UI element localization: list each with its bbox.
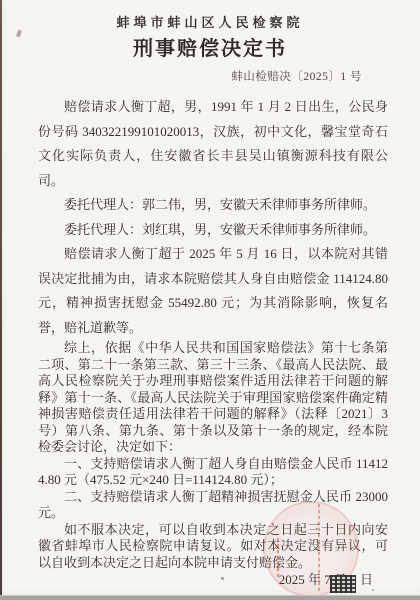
- scanned-legal-document: 蚌埠市蚌山区人民检察院 刑事赔偿决定书 蚌山检赔决〔2025〕1 号 赔偿请求人…: [0, 0, 420, 600]
- document-header: 蚌埠市蚌山区人民检察院 刑事赔偿决定书 蚌山检赔决〔2025〕1 号: [0, 0, 420, 84]
- issuing-authority: 蚌埠市蚌山区人民检察院: [0, 14, 420, 32]
- claim-paragraph: 赔偿请求人衡丁超于 2025 年 5 月 16 日，以本院对其错误决定批捕为由，…: [38, 242, 388, 340]
- claimant-paragraph: 赔偿请求人衡丁超，男，1991 年 1 月 2 日出生，公民身份号码 34032…: [38, 95, 388, 193]
- legal-basis-paragraph: 综上，依据《中华人民共和国国家赔偿法》第十七条第二项、第二十一条第三款、第三十三…: [38, 340, 388, 456]
- scan-artifact: [221, 577, 224, 580]
- scan-left-edge: [0, 0, 2, 600]
- document-body-upper: 赔偿请求人衡丁超，男，1991 年 1 月 2 日出生，公民身份号码 34032…: [0, 95, 420, 340]
- scan-bottom-edge: [0, 595, 420, 600]
- decision-item-2: 二、支持赔偿请求人衡丁超精神损害抚慰金人民币 23000 元。: [38, 489, 388, 522]
- document-body-lower: 综上，依据《中华人民共和国国家赔偿法》第十七条第二项、第二十一条第三款、第三十三…: [0, 340, 420, 588]
- document-number: 蚌山检赔决〔2025〕1 号: [0, 70, 420, 84]
- agent-paragraph-1: 委托代理人：郭二伟，男，安徽天禾律师事务所律师。: [38, 193, 388, 218]
- scan-artifact: [372, 589, 374, 591]
- qr-code: [330, 575, 356, 593]
- appeal-notice-paragraph: 如不服本决定，可以自收到本决定之日起三十日内向安徽省蚌埠市人民检察院申请复议。如…: [38, 522, 388, 572]
- decision-item-1: 一、支持赔偿请求人衡丁超人身自由赔偿金人民币 114124.80 元（475.5…: [38, 456, 388, 489]
- seal-ink-mark: [318, 503, 320, 591]
- seal-ink-mark: [277, 537, 279, 577]
- agent-paragraph-2: 委托代理人：刘红琪，男，安徽天禾律师事务所律师。: [38, 218, 388, 243]
- document-title: 刑事赔偿决定书: [0, 36, 420, 63]
